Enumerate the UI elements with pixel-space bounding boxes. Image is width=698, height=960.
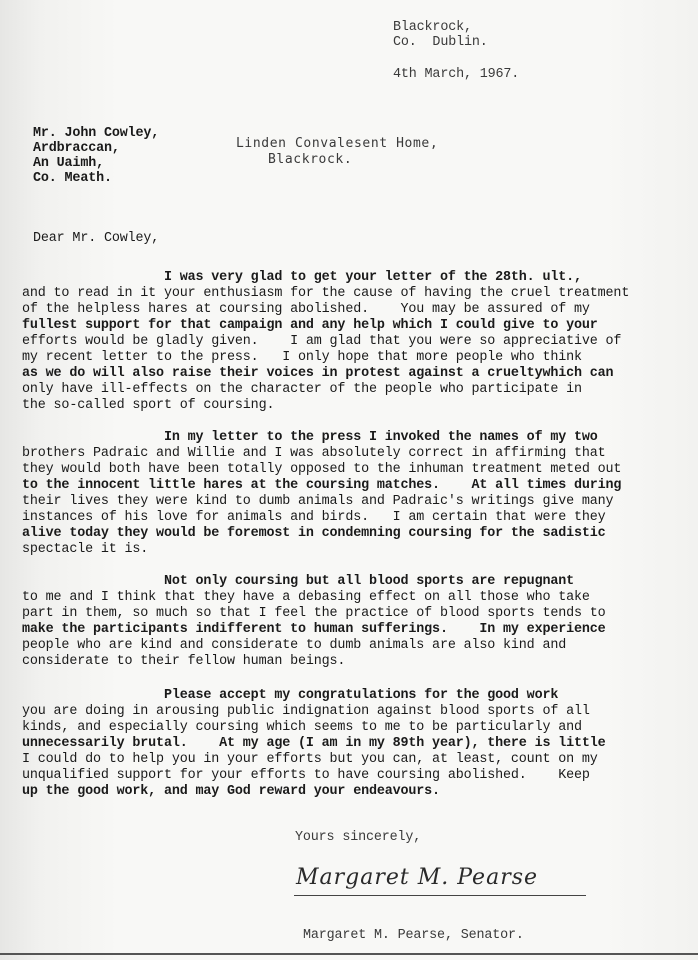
sender-address-line-1: Blackrock, — [393, 20, 472, 36]
paragraph-2-line: their lives they were kind to dumb anima… — [22, 494, 613, 510]
salutation: Dear Mr. Cowley, — [33, 231, 159, 247]
paragraph-1-line: of the helpless hares at coursing abolis… — [22, 302, 590, 318]
paragraph-1-line: as we do will also raise their voices in… — [22, 366, 613, 382]
closing: Yours sincerely, — [295, 830, 421, 846]
paragraph-3-line: to me and I think that they have a debas… — [22, 590, 590, 606]
paragraph-2-line: spectacle it is. — [22, 542, 148, 558]
recipient-line-1: Mr. John Cowley, — [33, 126, 159, 142]
typed-signature: Margaret M. Pearse, Senator. — [303, 928, 524, 944]
paragraph-2-line: they would both have been totally oppose… — [22, 462, 621, 478]
paragraph-3-line: people who are kind and considerate to d… — [22, 638, 566, 654]
paragraph-3-line: considerate to their fellow human beings… — [22, 654, 345, 670]
recipient-line-2: Ardbraccan, — [33, 141, 120, 157]
paragraph-4-line: Please accept my congratulations for the… — [22, 688, 558, 704]
bottom-edge — [0, 953, 698, 955]
paragraph-4-line: up the good work, and may God reward you… — [22, 784, 440, 800]
paragraph-1-line: efforts would be gladly given. I am glad… — [22, 334, 621, 350]
letter-page: Blackrock, Co. Dublin. 4th March, 1967. … — [0, 0, 698, 960]
letter-date: 4th March, 1967. — [393, 67, 519, 83]
paragraph-2-line: instances of his love for animals and bi… — [22, 510, 606, 526]
institution-town: Blackrock. — [268, 152, 352, 168]
recipient-line-3: An Uaimh, — [33, 156, 104, 172]
paragraph-1-line: the so-called sport of coursing. — [22, 398, 274, 414]
paragraph-4-line: unqualified support for your efforts to … — [22, 768, 590, 784]
paragraph-4-line: you are doing in arousing public indigna… — [22, 704, 590, 720]
paragraph-2-line: brothers Padraic and Willie and I was ab… — [22, 446, 606, 462]
signature-underline — [294, 895, 586, 896]
paragraph-3-line: Not only coursing but all blood sports a… — [22, 574, 574, 590]
paragraph-1-line: only have ill-effects on the character o… — [22, 382, 582, 398]
paragraph-4-line: I could do to help you in your efforts b… — [22, 752, 598, 768]
paragraph-2-line: to the innocent little hares at the cour… — [22, 478, 621, 494]
paragraph-1-line: fullest support for that campaign and an… — [22, 318, 598, 334]
institution-name: Linden Convalesent Home, — [236, 136, 438, 152]
paragraph-2-line: alive today they would be foremost in co… — [22, 526, 606, 542]
paragraph-1-line: my recent letter to the press. I only ho… — [22, 350, 582, 366]
paragraph-4-line: kinds, and especially coursing which see… — [22, 720, 582, 736]
recipient-line-4: Co. Meath. — [33, 171, 112, 187]
paragraph-1-line: I was very glad to get your letter of th… — [22, 270, 582, 286]
paragraph-1-line: and to read in it your enthusiasm for th… — [22, 286, 629, 302]
paragraph-2-line: In my letter to the press I invoked the … — [22, 430, 598, 446]
sender-address-line-2: Co. Dublin. — [393, 35, 488, 51]
paragraph-4-line: unnecessarily brutal. At my age (I am in… — [22, 736, 606, 752]
paragraph-3-line: make the participants indifferent to hum… — [22, 622, 606, 638]
paragraph-3-line: part in them, so much so that I feel the… — [22, 606, 606, 622]
handwritten-signature: Margaret M. Pearse — [296, 865, 538, 890]
